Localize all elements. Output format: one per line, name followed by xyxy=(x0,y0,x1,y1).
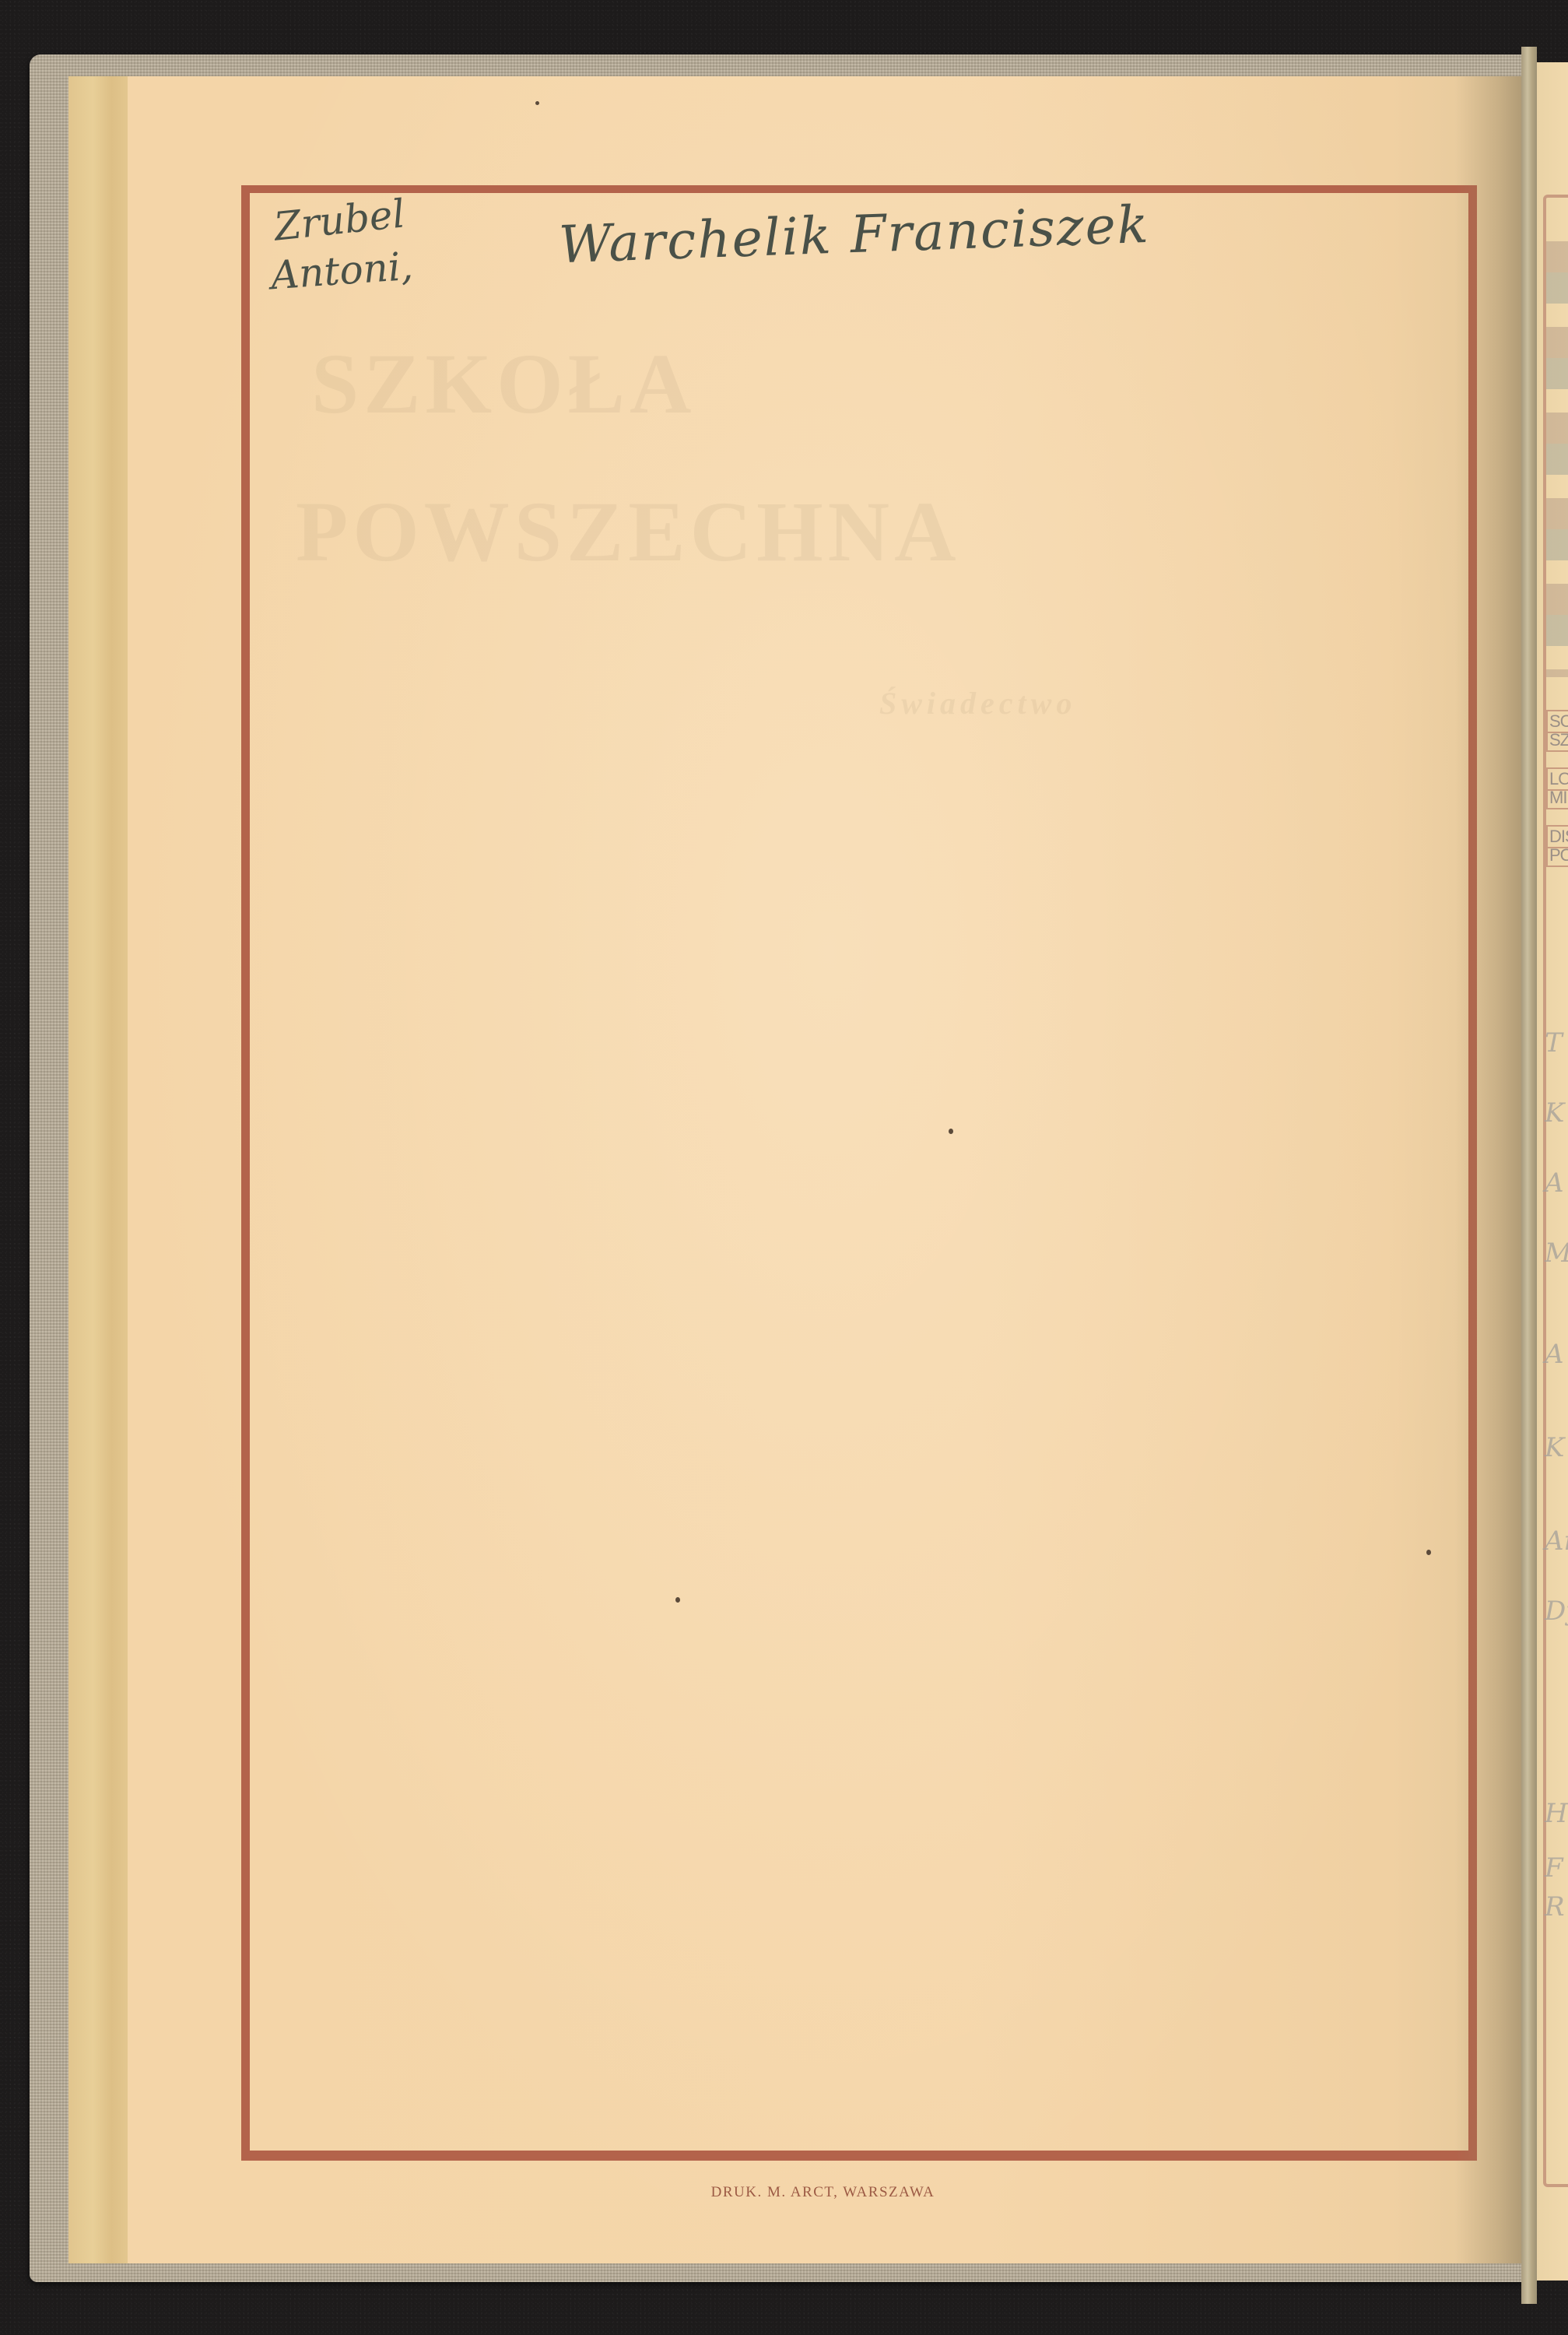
adjacent-handwriting: A xyxy=(1545,1339,1564,1370)
paper-speck xyxy=(1426,1550,1431,1555)
adjacent-handwriting: F xyxy=(1545,1852,1563,1884)
adjacent-label: POW xyxy=(1546,845,1568,867)
page-edge-stack xyxy=(68,76,131,2263)
margin-note-given-name: Antoni, xyxy=(269,244,414,298)
red-ruled-border xyxy=(241,185,1477,2161)
adjacent-handwriting: K xyxy=(1545,1432,1564,1463)
adjacent-page-fragment: SCHO SZKO LOCA MIEJ DISTR POW T K A M A … xyxy=(1537,62,1568,2281)
binding-spine xyxy=(1521,47,1537,2304)
gutter-shadow xyxy=(1455,76,1525,2263)
paper-speck xyxy=(535,101,539,105)
adjacent-handwriting: Dy xyxy=(1545,1596,1568,1627)
adjacent-handwriting: R xyxy=(1545,1891,1565,1922)
paper-speck xyxy=(675,1597,680,1603)
adjacent-handwriting: M xyxy=(1545,1238,1568,1269)
adjacent-handwriting: Ha xyxy=(1545,1798,1568,1829)
adjacent-label: MIEJ xyxy=(1546,788,1568,809)
adjacent-label: SZKO xyxy=(1546,730,1568,752)
adjacent-handwriting: K xyxy=(1545,1097,1564,1129)
adjacent-handwriting: A xyxy=(1545,1167,1564,1199)
printer-imprint: DRUK. M. ARCT, WARSZAWA xyxy=(0,2184,1568,2201)
paper-speck xyxy=(949,1129,953,1134)
adjacent-page-ornament xyxy=(1546,241,1568,677)
adjacent-handwriting: An xyxy=(1545,1526,1568,1557)
adjacent-handwriting: T xyxy=(1545,1027,1563,1059)
